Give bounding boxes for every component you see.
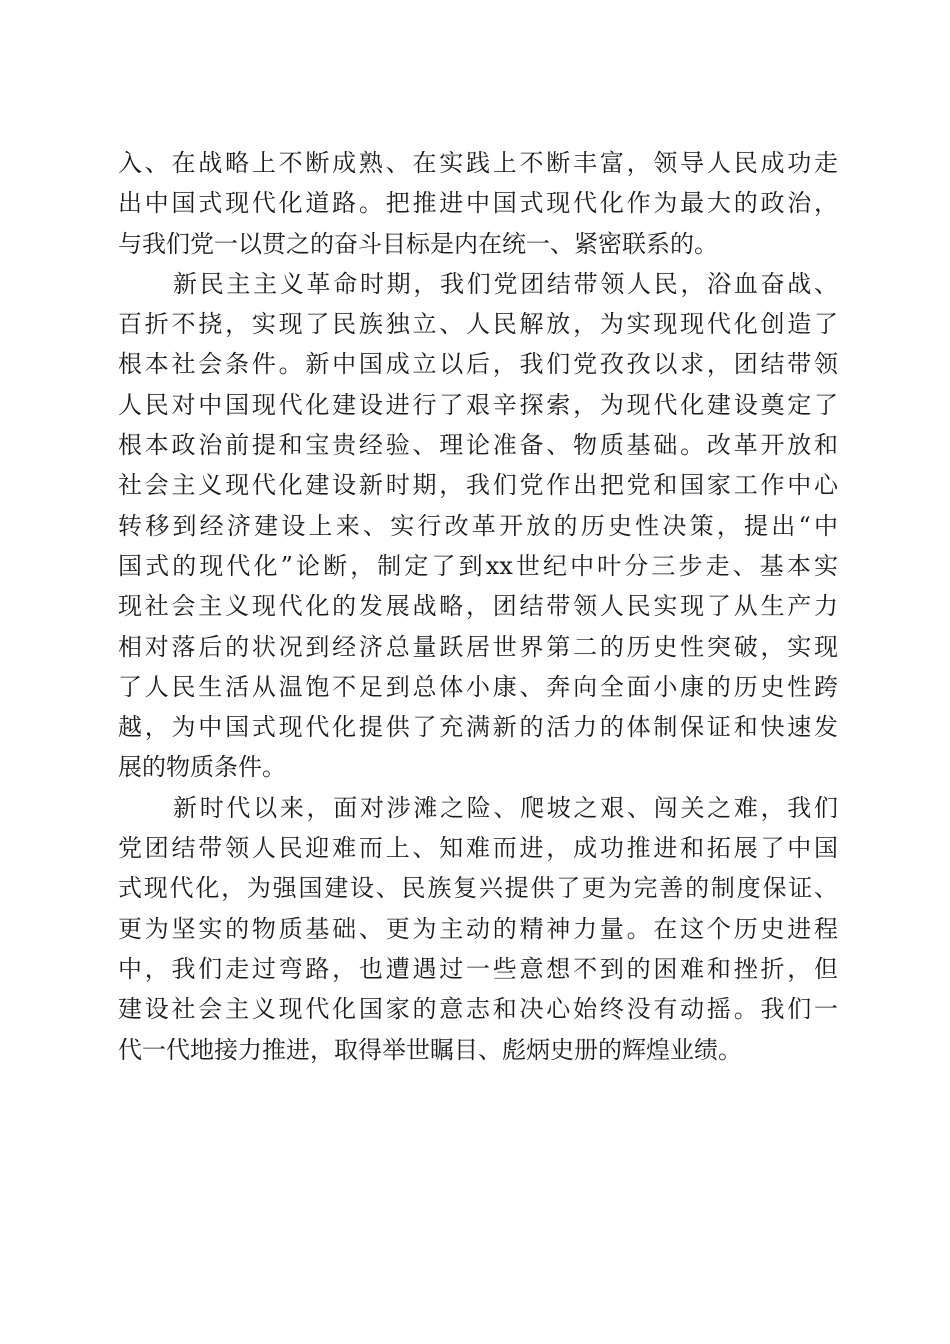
text-line: 了人民生活从温饱不足到总体小康、奔向全面小康的历史性跨 xyxy=(118,667,838,707)
text-line: 与我们党一以贯之的奋斗目标是内在统一、紧密联系的。 xyxy=(118,224,838,264)
text-line: 越，为中国式现代化提供了充满新的活力的体制保证和快速发 xyxy=(118,707,838,747)
text-line: 展的物质条件。 xyxy=(118,747,838,787)
text-line: 新时代以来，面对涉滩之险、爬坡之艰、闯关之难，我们 xyxy=(118,788,838,828)
text-line: 根本社会条件。新中国成立以后，我们党孜孜以求，团结带领 xyxy=(118,344,838,384)
document-body: 入、在战略上不断成熟、在实践上不断丰富，领导人民成功走 出中国式现代化道路。把推… xyxy=(118,143,838,1070)
text-line: 式现代化，为强国建设、民族复兴提供了更为完善的制度保证、 xyxy=(118,868,838,908)
text-line: 建设社会主义现代化国家的意志和决心始终没有动摇。我们一 xyxy=(118,989,838,1029)
text-line: 根本政治前提和宝贵经验、理论准备、物质基础。改革开放和 xyxy=(118,425,838,465)
text-line: 中，我们走过弯路，也遭遇过一些意想不到的困难和挫折，但 xyxy=(118,949,838,989)
text-line: 社会主义现代化建设新时期，我们党作出把党和国家工作中心 xyxy=(118,465,838,505)
text-line: 转移到经济建设上来、实行改革开放的历史性决策，提出“中 xyxy=(118,506,838,546)
paragraph-1: 入、在战略上不断成熟、在实践上不断丰富，领导人民成功走 出中国式现代化道路。把推… xyxy=(118,143,838,264)
text-line: 更为坚实的物质基础、更为主动的精神力量。在这个历史进程 xyxy=(118,909,838,949)
text-line: 百折不挠，实现了民族独立、人民解放，为实现现代化创造了 xyxy=(118,304,838,344)
text-line: 相对落后的状况到经济总量跃居世界第二的历史性突破，实现 xyxy=(118,627,838,667)
text-line: 出中国式现代化道路。把推进中国式现代化作为最大的政治， xyxy=(118,183,838,223)
text-line: 现社会主义现代化的发展战略，团结带领人民实现了从生产力 xyxy=(118,586,838,626)
text-line: 新民主主义革命时期，我们党团结带领人民，浴血奋战、 xyxy=(118,264,838,304)
paragraph-3: 新时代以来，面对涉滩之险、爬坡之艰、闯关之难，我们 党团结带领人民迎难而上、知难… xyxy=(118,788,838,1070)
paragraph-2: 新民主主义革命时期，我们党团结带领人民，浴血奋战、 百折不挠，实现了民族独立、人… xyxy=(118,264,838,788)
text-line: 党团结带领人民迎难而上、知难而进，成功推进和拓展了中国 xyxy=(118,828,838,868)
document-page: 入、在战略上不断成熟、在实践上不断丰富，领导人民成功走 出中国式现代化道路。把推… xyxy=(0,0,950,1344)
text-line: 国式的现代化”论断，制定了到xx世纪中叶分三步走、基本实 xyxy=(118,546,838,586)
text-line: 入、在战略上不断成熟、在实践上不断丰富，领导人民成功走 xyxy=(118,143,838,183)
text-line: 代一代地接力推进，取得举世瞩目、彪炳史册的辉煌业绩。 xyxy=(118,1030,838,1070)
text-line: 人民对中国现代化建设进行了艰辛探索，为现代化建设奠定了 xyxy=(118,385,838,425)
